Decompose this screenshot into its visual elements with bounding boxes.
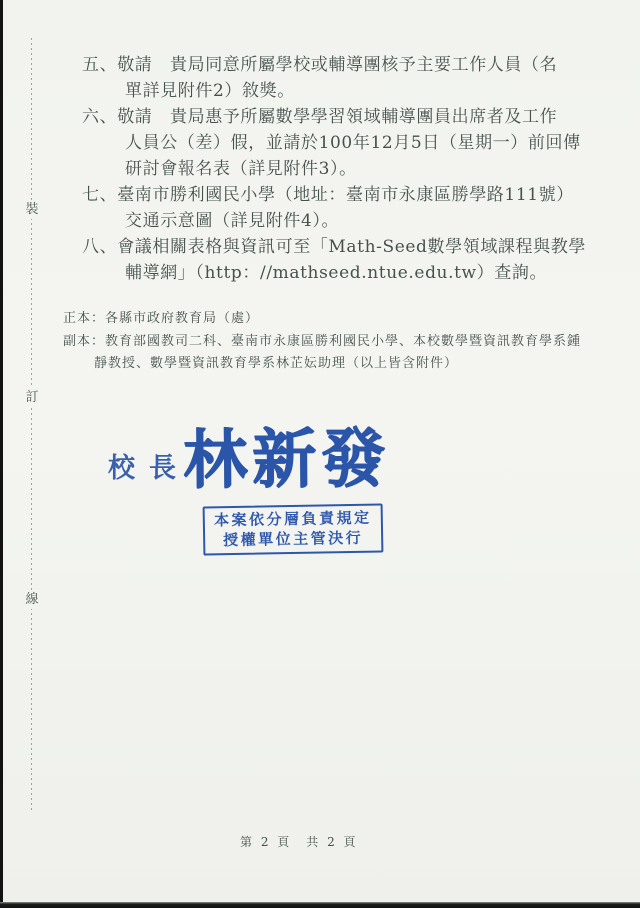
scan-edge-left — [0, 0, 3, 908]
body-line-item8-1: 八、會議相關表格與資訊可至「Math-Seed數學領域課程與教學 — [82, 234, 574, 260]
page-number-footer: 第 2 頁 共 2 頁 — [240, 833, 358, 850]
authorization-stamp: 本案依分層負責規定 授權單位主管決行 — [203, 503, 384, 555]
body-line-item7-1: 七、臺南市勝利國民小學（地址：臺南市永康區勝學路111號） — [82, 182, 574, 208]
body-line-item6-2: 人員公（差）假，並請於100年12月5日（星期一）前回傳 — [125, 130, 574, 156]
principal-signature: 林新發 — [183, 423, 391, 497]
body-line-item5-2: 單詳見附件2）敘獎。 — [125, 78, 574, 104]
binding-label-ding: 訂 — [25, 388, 38, 407]
body-line-item6-3: 研討會報名表（詳見附件3）。 — [125, 156, 574, 182]
binding-dashed-line — [31, 38, 32, 812]
distribution-list: 正本：各縣市政府教育局（處） 副本：教育部國教司二科、臺南市永康區勝利國民小學、… — [63, 308, 593, 376]
document-body: 五、敬請 貴局同意所屬學校或輔導團核予主要工作人員（名 單詳見附件2）敘獎。 六… — [82, 52, 574, 286]
body-line-item7-2: 交通示意圖（詳見附件4）。 — [125, 208, 574, 234]
body-line-item6-1: 六、敬請 貴局惠予所屬數學學習領域輔導團員出席者及工作 — [82, 104, 574, 130]
scanned-document-page: { "page": { "paper_color": "#f3f4f0", "t… — [0, 0, 640, 908]
body-line-item8-2: 輔導網」（http：//mathseed.ntue.edu.tw）查詢。 — [125, 260, 574, 286]
binding-label-zhuang: 裝 — [25, 200, 38, 219]
distribution-original: 正本：各縣市政府教育局（處） — [63, 308, 593, 331]
body-line-item5-1: 五、敬請 貴局同意所屬學校或輔導團核予主要工作人員（名 — [82, 52, 574, 78]
scan-edge-bottom — [0, 902, 640, 908]
stamp-line-2: 授權單位主管決行 — [205, 527, 381, 550]
distribution-copy-1: 副本：教育部國教司二科、臺南市永康區勝利國民小學、本校數學暨資訊教育學系鍾 — [63, 331, 593, 354]
distribution-copy-2: 靜教授、數學暨資訊教育學系林芷妘助理（以上皆含附件） — [94, 353, 593, 376]
binding-label-xian: 線 — [25, 590, 38, 609]
principal-title: 校長 — [108, 446, 190, 485]
